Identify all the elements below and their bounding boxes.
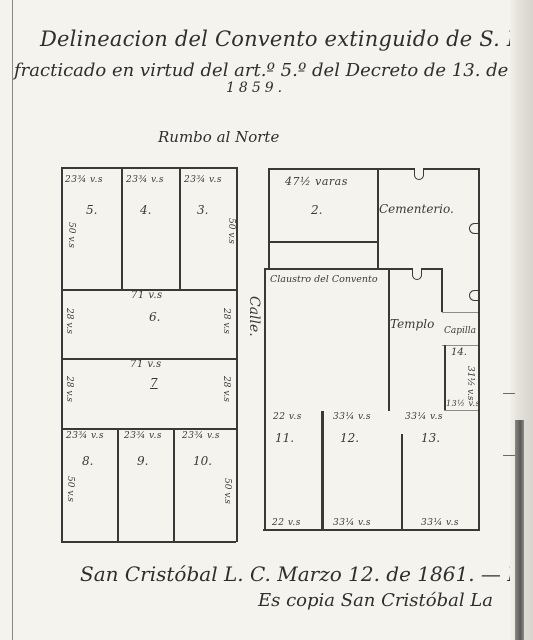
door-notch: [414, 168, 424, 180]
lot-6-side-right: 28 v.s: [221, 308, 231, 334]
divider: [321, 411, 324, 530]
door-notch: [469, 290, 478, 301]
title-line-2: fracticado en virtud del art.º 5.º del D…: [14, 60, 533, 81]
divider: [61, 428, 237, 430]
lot-8-side: 50 v.s: [65, 476, 75, 502]
chapel-label: Capilla: [444, 326, 476, 336]
lot-9-width: 23¾ v.s: [124, 431, 162, 441]
divider: [442, 312, 478, 313]
street-label: Calle.: [246, 296, 262, 337]
lot-14-side: 31½ v.s: [465, 366, 475, 401]
divider: [173, 428, 175, 542]
title-year: 1859.: [226, 80, 286, 96]
left-block-bottom-edge: [61, 541, 236, 543]
lot-11-width-bottom: 22 v.s: [272, 518, 301, 528]
divider: [388, 268, 390, 411]
cemetery-label: Cementerio.: [379, 202, 454, 216]
north-direction-label: Rumbo al Norte: [158, 128, 279, 146]
lot-8-number: 8.: [82, 454, 93, 468]
divider: [121, 167, 123, 289]
left-block-top-edge: [61, 167, 237, 169]
scanned-page: Delineacion del Convento extinguido de S…: [0, 0, 533, 640]
right-block-left-edge-lower: [264, 268, 266, 531]
lot-12-number: 12.: [340, 431, 359, 445]
divider: [401, 434, 403, 530]
divider: [442, 345, 478, 346]
right-block-top-edge: [268, 168, 478, 170]
divider: [444, 410, 478, 411]
lot-7-side-right: 28 v.s: [221, 376, 231, 402]
temple-label: Templo: [390, 317, 434, 331]
lot-8-width: 23¾ v.s: [66, 431, 104, 441]
lot-5-number: 5.: [86, 203, 97, 217]
divider: [268, 241, 378, 243]
cloister-label: Claustro del Convento: [270, 274, 378, 285]
door-notch: [412, 268, 422, 280]
divider: [441, 268, 443, 312]
door-notch: [469, 223, 478, 234]
lot-3-number: 3.: [197, 203, 208, 217]
lot-14-number: 14.: [451, 347, 467, 358]
binding-shadow: [515, 420, 524, 640]
lot-7-number: 7: [150, 376, 158, 390]
lot-13-number: 13.: [421, 431, 440, 445]
lot-5-side: 50 v.s: [66, 222, 76, 248]
footer-place-date: San Cristóbal L. C. Marzo 12. de 1861. —…: [80, 562, 533, 586]
lot-4-number: 4.: [140, 203, 151, 217]
lot-11-number: 11.: [275, 431, 294, 445]
lot-2-width: 47½ varas: [285, 175, 348, 188]
title-line-1: Delineacion del Convento extinguido de S…: [40, 27, 533, 51]
lot-6-width: 71 v.s: [131, 290, 163, 301]
lot-7-side-left: 28 v.s: [64, 376, 74, 402]
binding-mark: [503, 393, 515, 394]
lot-10-side: 50 v.s: [222, 478, 232, 504]
left-block-left-edge: [61, 167, 63, 542]
lot-7-width: 71 v.s: [130, 359, 162, 370]
left-margin-rule: [12, 0, 13, 640]
lot-3-width: 23¾ v.s: [184, 175, 222, 185]
lot-10-width: 23¾ v.s: [182, 431, 220, 441]
lot-2-number: 2.: [311, 203, 322, 217]
lot-9-number: 9.: [137, 454, 148, 468]
lot-13-width-bottom: 33¼ v.s: [421, 518, 459, 528]
footer-copy-note: Es copia San Cristóbal La: [258, 590, 493, 611]
lot-5-width: 23¾ v.s: [65, 175, 103, 185]
right-block-right-edge: [478, 168, 480, 529]
left-block-right-edge: [236, 167, 238, 542]
divider: [179, 167, 181, 289]
binding-mark: [503, 455, 515, 456]
lot-3-side: 50 v.s: [226, 218, 236, 244]
lot-12-width-bottom: 33¼ v.s: [333, 518, 371, 528]
lot-11-width-top: 22 v.s: [273, 412, 302, 422]
lot-4-width: 23¾ v.s: [126, 175, 164, 185]
lot-12-width-top: 33¼ v.s: [333, 412, 371, 422]
lot-6-side-left: 28 v.s: [64, 308, 74, 334]
lot-13-width-top: 33¼ v.s: [405, 412, 443, 422]
divider: [377, 168, 379, 268]
lot-6-number: 6.: [149, 310, 160, 324]
lot-14-width: 13½ v.s: [446, 399, 480, 408]
right-block-left-edge-upper: [268, 168, 270, 268]
lot-10-number: 10.: [193, 454, 212, 468]
right-block-bottom-edge: [263, 529, 480, 531]
divider: [117, 428, 119, 542]
